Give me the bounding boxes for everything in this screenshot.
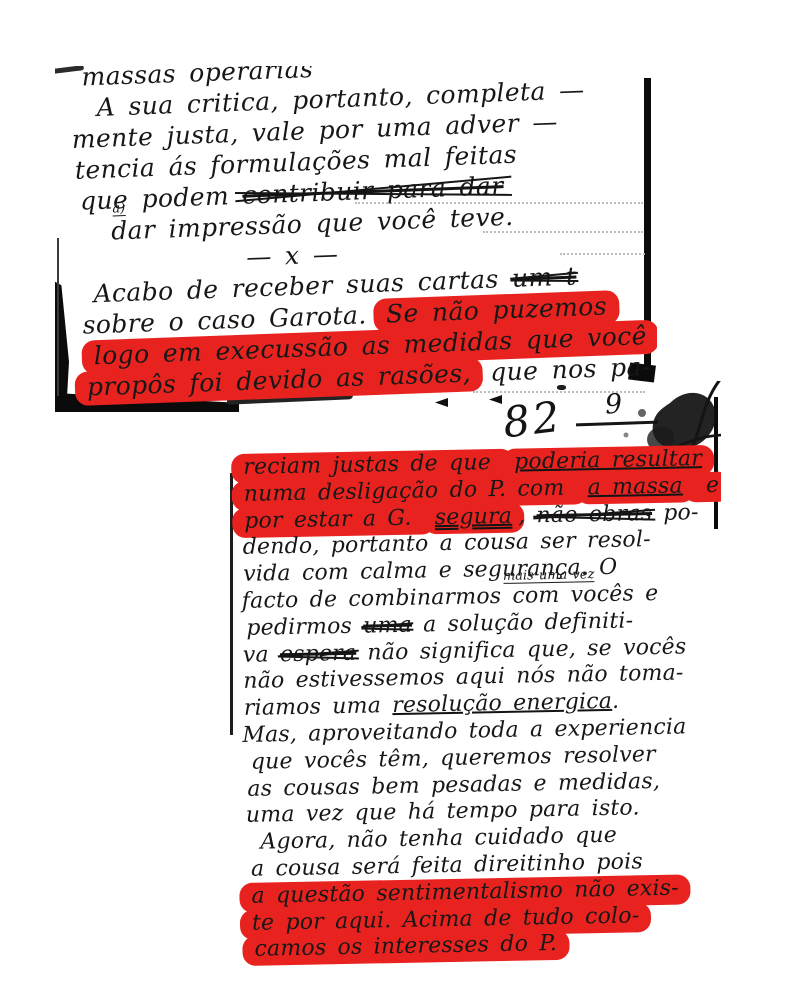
handwriting-text: riamos uma <box>244 693 393 721</box>
crossed-out-text: um t <box>511 261 576 294</box>
scanned-page-2: 82 9 reciam justas de que poderia result… <box>227 381 721 975</box>
handwriting-text: resolução energica <box>392 689 612 718</box>
page-2-lines: reciam justas de que poderia resultarnum… <box>237 446 721 964</box>
handwriting-text: . <box>612 689 620 714</box>
red-highlighted-text: e <box>683 471 721 502</box>
handwriting-text: pedirmos <box>246 613 363 640</box>
handwriting-text: facto de combinarmos <box>242 584 502 614</box>
handwriting-text: va <box>243 642 281 668</box>
handwriting-text: — x — <box>246 239 339 271</box>
handwriting-text: po- <box>652 500 699 526</box>
inserted-annotation: mais uma vez <box>503 568 595 584</box>
scanned-page-1: massas operariasA sua critica, portanto,… <box>55 66 657 412</box>
crossed-out-text: uma <box>363 612 412 640</box>
crossed-out-text: não obras <box>536 501 652 530</box>
scan-edge-line <box>57 238 59 396</box>
handwriting-text: a solução definiti- <box>412 608 634 637</box>
red-highlighted-text: camos os interesses do P. <box>242 930 569 966</box>
handwriting-text: com vocês emais uma vez <box>501 581 659 609</box>
inserted-annotation: a) <box>112 202 125 216</box>
handwriting-text: que nos pa- <box>476 352 651 387</box>
page-1-lines: massas operariasA sua critica, portanto,… <box>69 66 657 403</box>
scan-speck <box>435 398 448 407</box>
crossed-out-text: espera <box>280 640 357 668</box>
handwriting-text: que podem <box>80 181 243 216</box>
scan-edge-left <box>230 473 233 735</box>
